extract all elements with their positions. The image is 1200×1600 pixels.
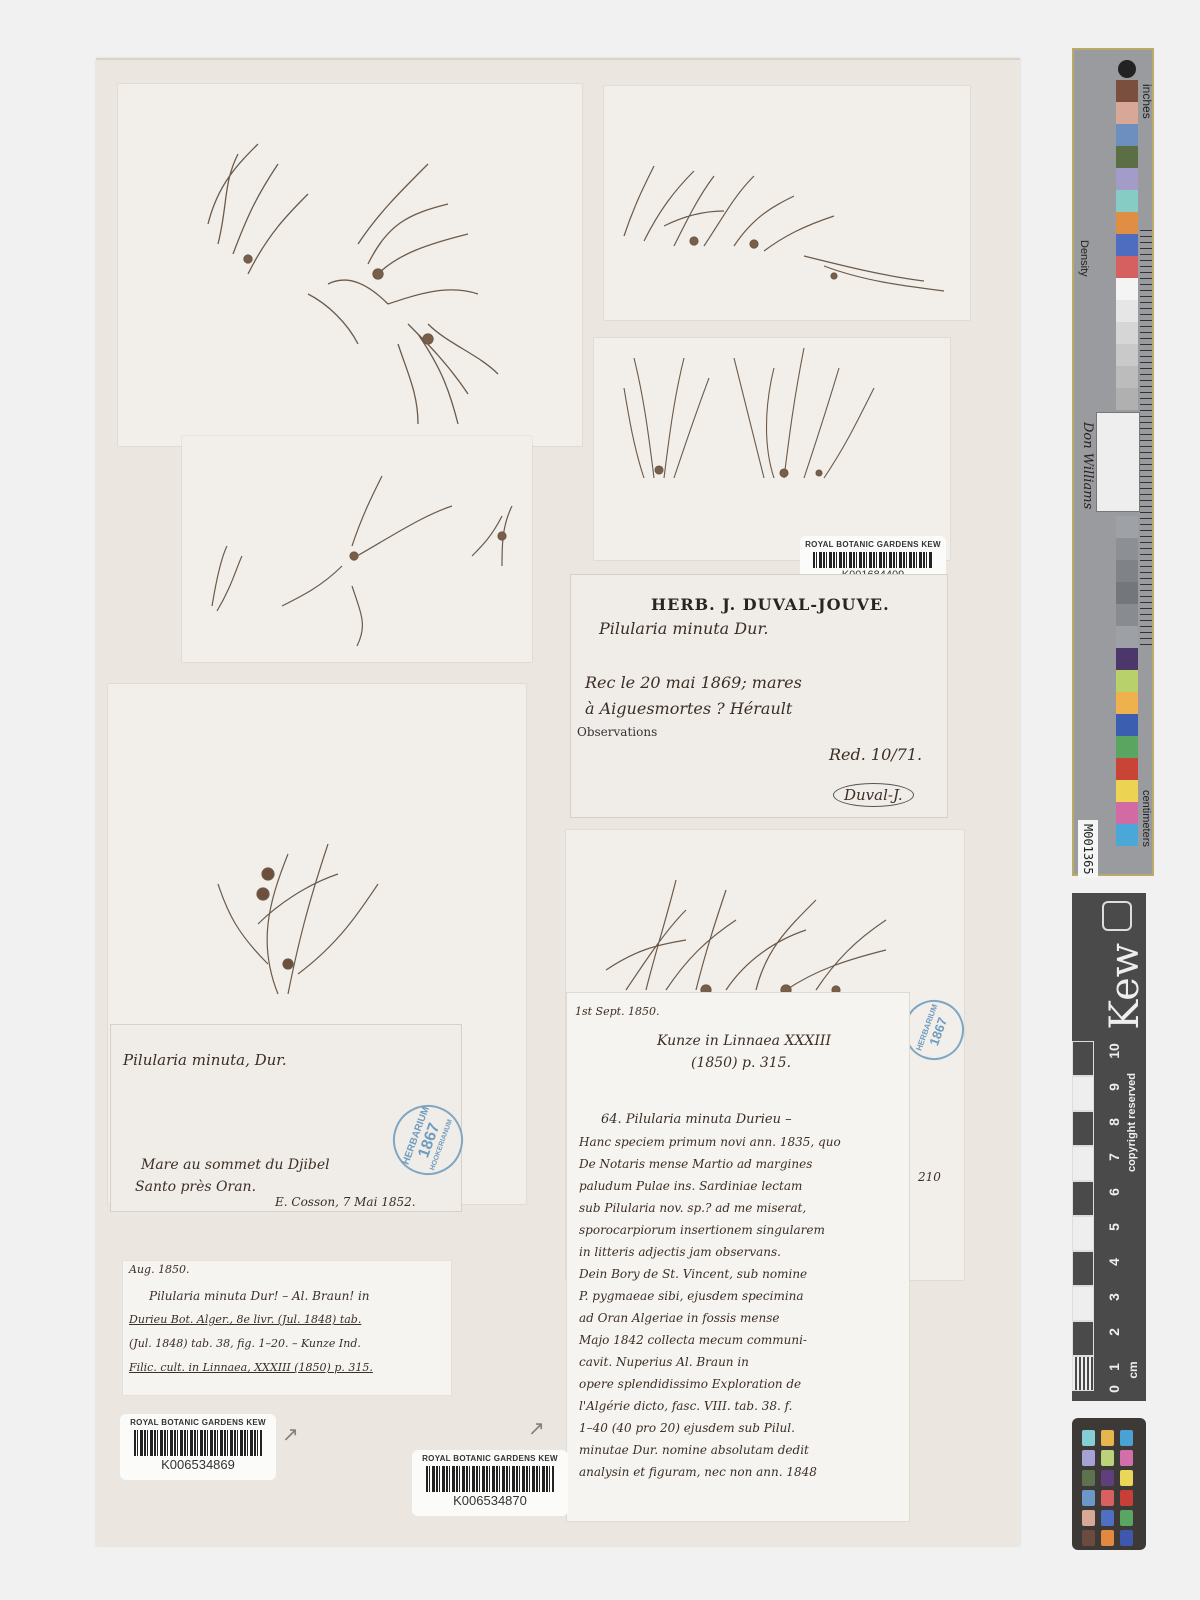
duval-jouve-line-1: Rec le 20 mai 1869; mares [585, 673, 802, 692]
swatch [1116, 670, 1138, 692]
swatch [1116, 692, 1138, 714]
checker-patch [1120, 1450, 1133, 1466]
ruler-segment [1072, 1251, 1094, 1286]
swatch [1116, 626, 1138, 648]
kunze-note-label: 1st Sept. 1850. Kunze in Linnaea XXXIII … [566, 992, 910, 1522]
specimen-mount-1 [118, 84, 582, 446]
swatch [1116, 648, 1138, 670]
swatch [1116, 582, 1138, 604]
pencil-arrow-icon: ↗ [282, 1422, 299, 1447]
plant-specimen-icon [182, 446, 532, 656]
swatch [1116, 256, 1138, 278]
checker-patch [1101, 1450, 1114, 1466]
scale-reference-card [1096, 412, 1140, 512]
cosson-label: Pilularia minuta, Dur. Mare au sommet du… [110, 1024, 462, 1212]
plant-specimen-icon [604, 116, 970, 306]
plant-specimen-icon [614, 338, 934, 488]
specimen-mount-2 [182, 436, 532, 662]
checker-patch [1120, 1470, 1133, 1486]
checker-patch [1120, 1510, 1133, 1526]
duval-jouve-note: Red. 10/71. [829, 745, 922, 764]
plant-specimen-icon [198, 764, 398, 1004]
scale-brand: Don Williams [1080, 422, 1095, 509]
cosson-collector: E. Cosson, 7 Mai 1852. [275, 1195, 416, 1209]
cosson-locality-2: Santo près Oran. [135, 1179, 256, 1195]
checker-patch [1082, 1510, 1095, 1526]
swatch [1116, 780, 1138, 802]
kew-ruler: Kew copyright reserved 10 9 8 7 6 5 4 3 … [1072, 893, 1146, 1401]
barcode-label-3: ROYAL BOTANIC GARDENS KEW K006534870 [412, 1450, 568, 1516]
swatch [1116, 102, 1138, 124]
color-calibration-scale: inches Density Don Williams ce [1072, 48, 1154, 876]
swatch [1116, 344, 1138, 366]
barcode-label-2: ROYAL BOTANIC GARDENS KEW K006534869 [120, 1414, 276, 1480]
ruler-segment [1072, 1216, 1094, 1251]
scale-units-bottom: centimeters [1140, 790, 1152, 847]
ruler-unit: cm [1126, 1361, 1140, 1379]
specimen-mount-4 [604, 86, 970, 320]
herbarium-stamp: HERBARIUM 1867 HOOKERIANUM [383, 1095, 473, 1185]
checker-patch [1082, 1430, 1095, 1446]
swatch [1116, 278, 1138, 300]
swatch [1116, 736, 1138, 758]
duval-jouve-label: HERB. J. DUVAL-JOUVE. Pilularia minuta D… [570, 574, 948, 818]
swatch [1116, 190, 1138, 212]
checker-patch [1101, 1430, 1114, 1446]
swatch [1116, 802, 1138, 824]
specimen-mount-5 [594, 338, 950, 560]
checker-patch [1082, 1490, 1095, 1506]
swatch [1116, 168, 1138, 190]
side-number: 210 [918, 1170, 941, 1184]
swatch [1116, 366, 1138, 388]
swatch [1116, 234, 1138, 256]
swatch [1116, 388, 1138, 410]
kew-crest-icon [1102, 901, 1132, 931]
ruler-segment [1072, 1041, 1094, 1076]
pencil-arrow-icon: ↗ [528, 1416, 545, 1441]
swatch [1116, 146, 1138, 168]
scale-density-label: Density [1078, 240, 1090, 277]
swatch [1116, 322, 1138, 344]
scale-hole-icon [1118, 60, 1136, 78]
swatch [1116, 516, 1138, 538]
swatch [1116, 714, 1138, 736]
herbarium-sheet: Pilularia minuta, Dur. Mare au sommet du… [96, 58, 1020, 1546]
plant-specimen-icon [586, 850, 926, 1000]
ruler-segment [1072, 1076, 1094, 1111]
kunze-ref-2: (1850) p. 315. [691, 1055, 791, 1071]
swatch [1116, 124, 1138, 146]
ruler-segment [1072, 1111, 1094, 1146]
swatch [1116, 604, 1138, 626]
kew-copyright: copyright reserved [1126, 1073, 1138, 1172]
color-checker-card [1072, 1418, 1146, 1550]
kew-logo: Kew [1102, 943, 1148, 1030]
plant-specimen-icon [178, 124, 518, 444]
swatch [1116, 300, 1138, 322]
scale-ruler-strip [1140, 230, 1152, 650]
checker-patch [1101, 1530, 1114, 1546]
checker-patch [1101, 1510, 1114, 1526]
checker-patch [1101, 1490, 1114, 1506]
swatch [1116, 758, 1138, 780]
swatch [1116, 212, 1138, 234]
ruler-segment [1072, 1286, 1094, 1321]
checker-patch [1082, 1470, 1095, 1486]
checker-patch [1101, 1470, 1114, 1486]
ruler-segment [1072, 1321, 1094, 1356]
duval-jouve-header: HERB. J. DUVAL-JOUVE. [651, 595, 890, 614]
braun-reference-label: Aug. 1850. Pilularia minuta Dur! – Al. B… [122, 1260, 452, 1396]
scale-code: M001365 [1078, 820, 1098, 878]
kunze-ref-1: Kunze in Linnaea XXXIII [657, 1033, 831, 1049]
scale-units-top: inches [1140, 84, 1154, 119]
cosson-locality-1: Mare au sommet du Djibel [141, 1157, 330, 1173]
checker-patch [1120, 1430, 1133, 1446]
swatch [1116, 538, 1138, 560]
barcode-icon [813, 552, 933, 568]
braun-date: Aug. 1850. [129, 1263, 190, 1276]
ruler-segment [1072, 1356, 1094, 1391]
ruler-segment [1072, 1146, 1094, 1181]
barcode-icon [426, 1466, 554, 1492]
checker-patch [1082, 1530, 1095, 1546]
cosson-taxon: Pilularia minuta, Dur. [123, 1051, 287, 1069]
swatch [1116, 80, 1138, 102]
swatch [1116, 824, 1138, 846]
checker-patch [1120, 1530, 1133, 1546]
checker-patch [1082, 1450, 1095, 1466]
duval-jouve-taxon: Pilularia minuta Dur. [599, 619, 768, 638]
barcode-icon [134, 1430, 262, 1456]
kunze-body: 64. Pilularia minuta Durieu – Hanc speci… [579, 1109, 909, 1483]
duval-jouve-signature: Duval-J. [833, 783, 914, 807]
ruler-segment [1072, 1181, 1094, 1216]
checker-patch [1120, 1490, 1133, 1506]
observations-label: Observations [577, 725, 657, 739]
kunze-date: 1st Sept. 1850. [575, 1005, 660, 1018]
swatch [1116, 560, 1138, 582]
duval-jouve-line-2: à Aiguesmortes ? Hérault [585, 699, 792, 718]
